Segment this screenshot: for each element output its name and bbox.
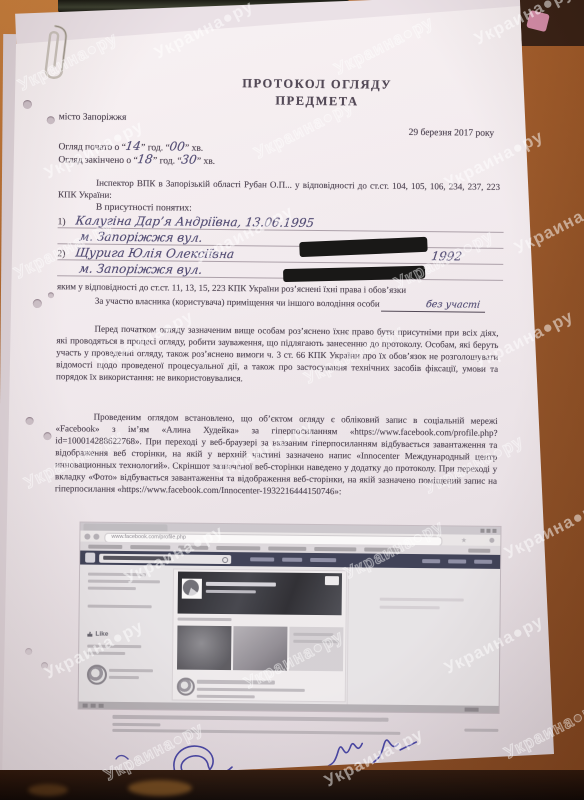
participation-value: без участі bbox=[381, 299, 487, 313]
end-mid-label: ” год. “ bbox=[153, 156, 182, 166]
navbar-item bbox=[282, 558, 302, 562]
navbar-item bbox=[250, 557, 274, 561]
table-shadow-band bbox=[0, 770, 584, 800]
photos-heading bbox=[178, 618, 232, 622]
sidebar-text bbox=[87, 645, 141, 649]
taskbar-clock bbox=[465, 707, 479, 711]
punch-hole bbox=[26, 417, 34, 425]
page-name-text bbox=[206, 582, 276, 587]
punch-hole bbox=[43, 432, 51, 440]
bookmark-item bbox=[178, 546, 208, 550]
bookmark-item bbox=[468, 549, 490, 553]
post-photo bbox=[177, 626, 231, 671]
punch-hole bbox=[33, 299, 42, 308]
post-photo bbox=[233, 626, 287, 671]
witness-1-name-handwritten: Калугіна Дар’я Андріївна, 13.06.1995 bbox=[75, 213, 315, 229]
menu-icon bbox=[489, 537, 494, 542]
navbar-item bbox=[474, 560, 492, 564]
caption-text-line bbox=[112, 715, 388, 722]
taskbar-item bbox=[91, 703, 96, 707]
post-text bbox=[293, 640, 339, 643]
right-column-text bbox=[380, 598, 464, 602]
participation-label: За участю власника (користувача) приміще… bbox=[95, 296, 380, 309]
city-line: місто Запоріжжя bbox=[59, 112, 127, 123]
cover-photo bbox=[178, 572, 342, 616]
end-minutes-handwritten: 30 bbox=[181, 153, 198, 167]
witness-1-address-handwritten: м. Запоріжжя вул. bbox=[79, 230, 204, 245]
sidebar-text bbox=[88, 605, 152, 609]
witness-2-year-handwritten: 1992 bbox=[430, 249, 462, 263]
facebook-logo-icon bbox=[85, 553, 95, 563]
sidebar-text bbox=[88, 587, 136, 591]
inspector-paragraph: Інспектор ВПК в Запорізькій області Руба… bbox=[58, 176, 500, 205]
navbar-item bbox=[310, 558, 336, 562]
punch-hole bbox=[25, 648, 32, 655]
page-avatar bbox=[87, 665, 107, 685]
window-minimize-icon bbox=[480, 529, 484, 533]
ink-mark bbox=[114, 751, 130, 763]
document-sheet: ПРОТОКОЛ ОГЛЯДУ ПРЕДМЕТА місто Запоріжжя… bbox=[2, 2, 558, 782]
navbar-item bbox=[422, 559, 440, 563]
explanation-paragraph: Перед початком огляду зазначеним вище ос… bbox=[56, 322, 499, 387]
sidebar-text bbox=[88, 580, 160, 584]
like-button: Like bbox=[87, 631, 108, 638]
sidebar-text bbox=[109, 669, 153, 672]
witness-2-address-handwritten: м. Запоріжжя вул. bbox=[78, 262, 203, 277]
sidebar-text bbox=[109, 676, 139, 679]
end-hour-handwritten: 18 bbox=[137, 152, 154, 166]
witnesses-intro: В присутності понятих: bbox=[96, 203, 192, 214]
bookmark-star-icon bbox=[461, 538, 466, 543]
window-maximize-icon bbox=[486, 529, 490, 533]
right-column-text bbox=[380, 606, 440, 610]
thumb-up-icon bbox=[87, 632, 92, 637]
embedded-browser-screenshot: www.facebook.com/profile.php bbox=[79, 523, 501, 713]
punch-hole bbox=[48, 292, 54, 298]
punch-hole bbox=[47, 116, 55, 124]
findings-paragraph: Проведеним оглядом встановлено, що об’єк… bbox=[55, 410, 498, 499]
follow-button bbox=[325, 576, 339, 585]
document-title-line2: ПРЕДМЕТА bbox=[187, 93, 447, 111]
forward-icon bbox=[93, 533, 99, 539]
caption-text-line bbox=[112, 723, 160, 727]
rights-paragraph: яким у відповідності до ст.ст. 11, 13, 1… bbox=[57, 281, 406, 295]
bookmark-item bbox=[268, 546, 306, 550]
punch-hole bbox=[23, 100, 32, 109]
witness-1-number: 1) bbox=[58, 217, 66, 227]
document-content: ПРОТОКОЛ ОГЛЯДУ ПРЕДМЕТА місто Запоріжжя… bbox=[0, 0, 558, 785]
sidebar-text bbox=[88, 573, 146, 577]
end-suffix-label: ” хв. bbox=[197, 157, 215, 167]
photo-of-document: ПРОТОКОЛ ОГЛЯДУ ПРЕДМЕТА місто Запоріжжя… bbox=[0, 0, 584, 800]
bookmark-item bbox=[314, 547, 356, 551]
document-title-line1: ПРОТОКОЛ ОГЛЯДУ bbox=[187, 76, 447, 94]
post-meta-text bbox=[197, 695, 255, 699]
search-icon bbox=[222, 557, 228, 563]
taskbar-item bbox=[83, 703, 88, 707]
taskbar-item bbox=[99, 703, 104, 707]
column-divider bbox=[347, 567, 349, 704]
participation-paragraph: За участю власника (користувача) приміще… bbox=[57, 294, 499, 313]
window-close-icon bbox=[492, 529, 496, 533]
table-highlight bbox=[28, 784, 68, 796]
facebook-search-box bbox=[99, 553, 231, 563]
page-subtitle-text bbox=[206, 590, 256, 594]
sidebar-text bbox=[87, 652, 125, 655]
facebook-page-content: Like bbox=[79, 565, 500, 706]
like-label: Like bbox=[95, 631, 108, 638]
post-author-avatar bbox=[177, 678, 195, 696]
table-highlight bbox=[128, 780, 192, 796]
search-query-text bbox=[103, 556, 171, 561]
navbar-item bbox=[448, 559, 466, 563]
bookmark-item bbox=[88, 545, 122, 549]
inspection-end-line: Огляд закінчено о “18” год. “30” хв. bbox=[58, 151, 215, 167]
back-icon bbox=[84, 533, 90, 539]
bookmark-item bbox=[216, 546, 260, 550]
punch-hole bbox=[41, 662, 48, 669]
witness-2-name-handwritten: Щурига Юлія Олексіївна bbox=[75, 245, 236, 261]
caption-text-line bbox=[464, 729, 498, 732]
bookmark-item bbox=[364, 547, 400, 551]
date-line: 29 березня 2017 року bbox=[409, 128, 495, 139]
post-author-name bbox=[197, 680, 275, 685]
end-label: Огляд закінчено о “ bbox=[58, 155, 138, 166]
bookmark-item bbox=[130, 545, 170, 549]
profile-avatar bbox=[182, 579, 202, 599]
innocenter-logo-icon bbox=[183, 580, 199, 596]
witness-2-number: 2) bbox=[57, 249, 65, 259]
post-text bbox=[293, 633, 333, 636]
